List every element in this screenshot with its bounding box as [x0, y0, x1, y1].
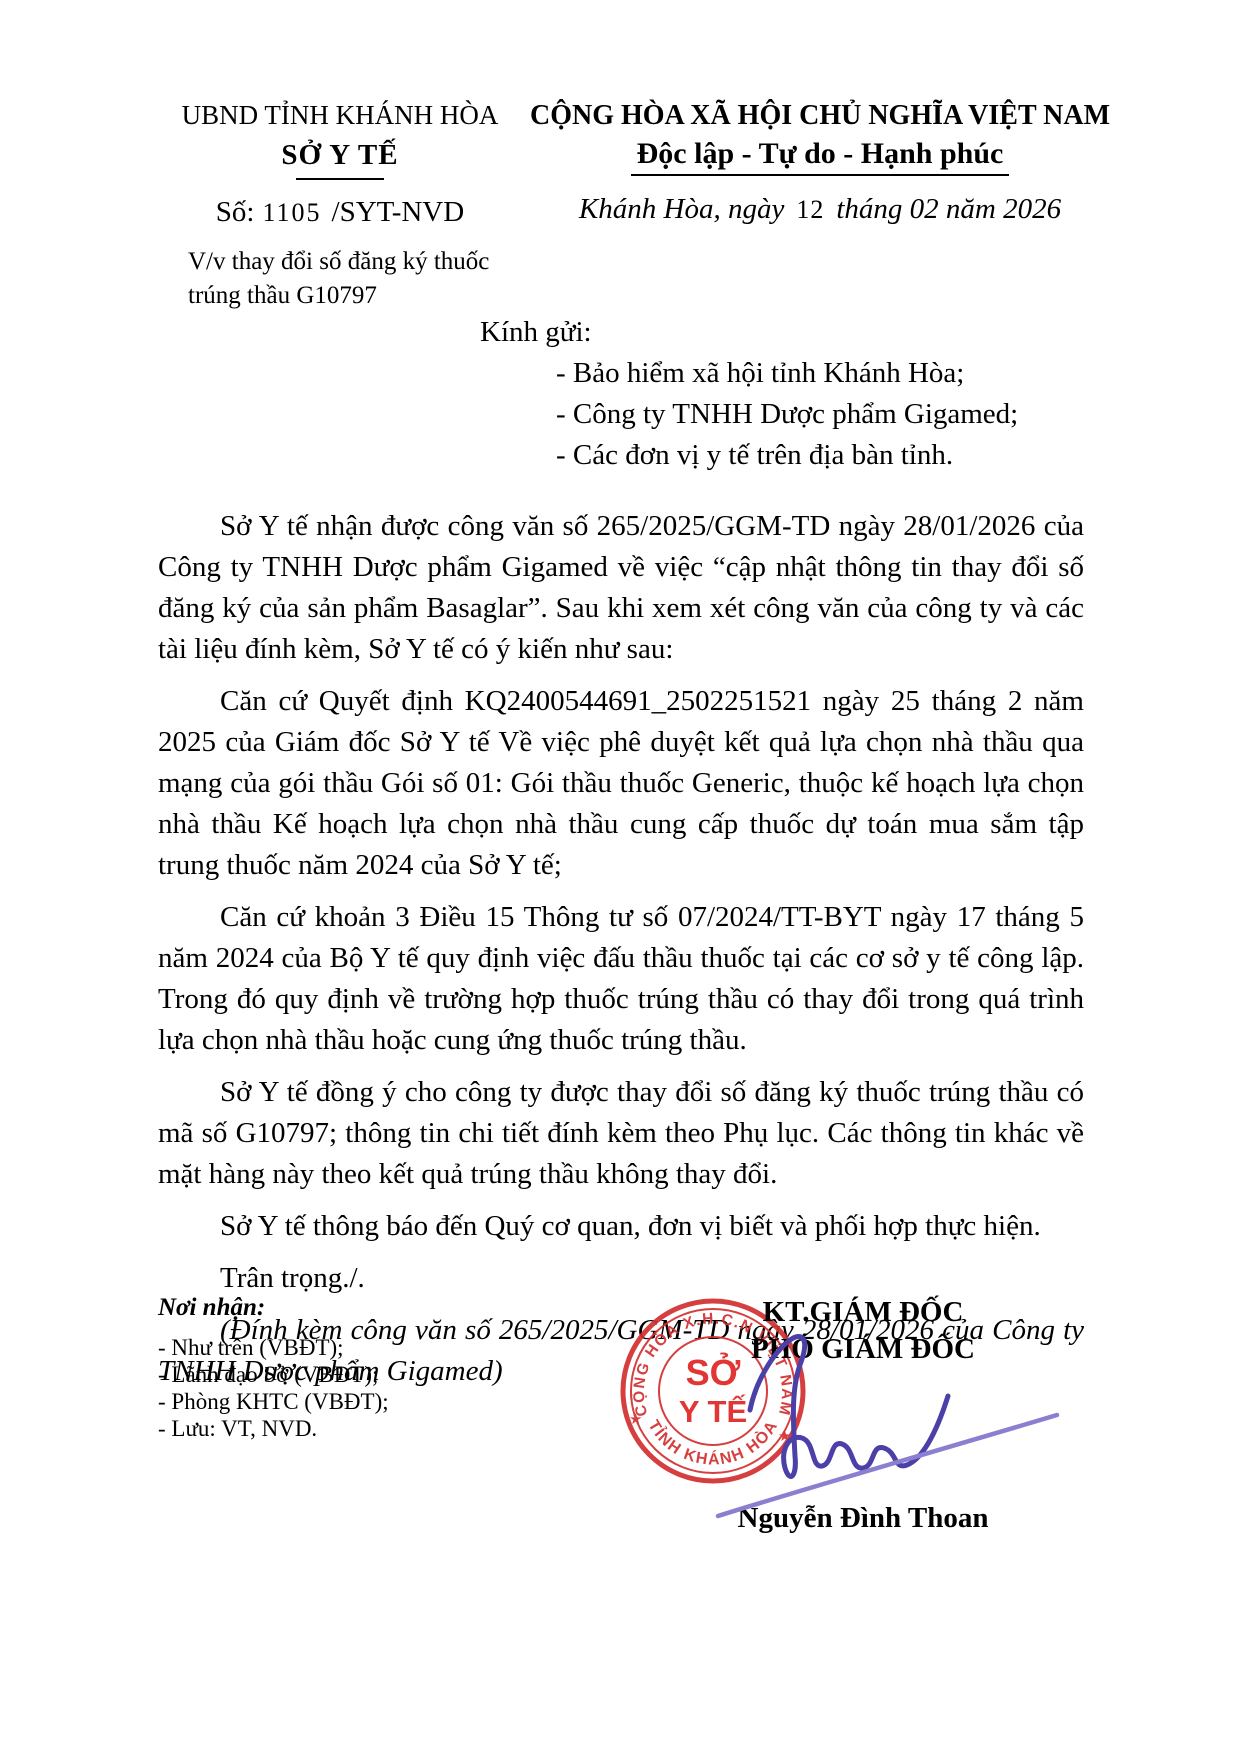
document-number-line: Số:1105/SYT-NVD	[140, 196, 540, 229]
paragraph-legal-basis-1: Căn cứ Quyết định KQ2400544691_250225152…	[158, 681, 1084, 886]
body-paragraphs: Sở Y tế nhận được công văn số 265/2025/G…	[158, 506, 1084, 1392]
doc-number-value: 1105	[262, 198, 321, 227]
distribution-item: - Lãnh đạo Sở (VBĐT);	[158, 1361, 389, 1388]
issuing-authority-name: SỞ Y TẾ	[140, 139, 540, 172]
distribution-label: Nơi nhận:	[158, 1294, 389, 1322]
distribution-item: - Như trên (VBĐT);	[158, 1334, 389, 1361]
signature-tail-stroke	[718, 1415, 1057, 1516]
document-subject: V/v thay đổi số đăng ký thuốc trúng thầu…	[188, 245, 518, 313]
official-letter-page: UBND TỈNH KHÁNH HÒA SỞ Y TẾ Số:1105/SYT-…	[0, 0, 1241, 1754]
national-title: CỘNG HÒA XÃ HỘI CHỦ NGHĨA VIỆT NAM	[520, 100, 1120, 132]
place-and-date-line: Khánh Hòa, ngày12tháng 02 năm 2026	[520, 193, 1120, 226]
issuing-authority-parent: UBND TỈNH KHÁNH HÒA	[140, 100, 540, 131]
place-date-prefix: Khánh Hòa, ngày	[579, 193, 784, 225]
paragraph-notification: Sở Y tế thông báo đến Quý cơ quan, đơn v…	[158, 1206, 1084, 1247]
paragraph-legal-basis-2: Căn cứ khoản 3 Điều 15 Thông tư số 07/20…	[158, 897, 1084, 1061]
distribution-list: - Như trên (VBĐT); - Lãnh đạo Sở (VBĐT);…	[158, 1334, 389, 1442]
national-motto: Độc lập - Tự do - Hạnh phúc	[631, 137, 1010, 176]
distribution-item: - Phòng KHTC (VBĐT);	[158, 1388, 389, 1415]
paragraph-closing: Trân trọng./.	[158, 1258, 1084, 1299]
letter-body: Kính gửi: - Bảo hiểm xã hội tỉnh Khánh H…	[158, 312, 1084, 1392]
salutation-label: Kính gửi:	[158, 312, 1084, 353]
doc-number-suffix: /SYT-NVD	[332, 196, 465, 228]
header-left-column: UBND TỈNH KHÁNH HÒA SỞ Y TẾ Số:1105/SYT-…	[140, 100, 540, 313]
recipient-line: - Bảo hiểm xã hội tỉnh Khánh Hòa;	[556, 353, 1084, 394]
recipient-line: - Công ty TNHH Dược phẩm Gigamed;	[556, 394, 1084, 435]
handwritten-signature	[690, 1318, 1090, 1533]
subject-line-2: trúng thầu G10797	[188, 282, 377, 309]
distribution-block: Nơi nhận: - Như trên (VBĐT); - Lãnh đạo …	[158, 1294, 389, 1442]
place-date-suffix: tháng 02 năm 2026	[836, 193, 1061, 225]
salutation-recipients: - Bảo hiểm xã hội tỉnh Khánh Hòa; - Công…	[158, 353, 1084, 476]
doc-number-label: Số:	[216, 196, 255, 228]
paragraph-decision: Sở Y tế đồng ý cho công ty được thay đổi…	[158, 1072, 1084, 1195]
header-right-column: CỘNG HÒA XÃ HỘI CHỦ NGHĨA VIỆT NAM Độc l…	[520, 100, 1120, 226]
paragraph-intro: Sở Y tế nhận được công văn số 265/2025/G…	[158, 506, 1084, 670]
recipient-line: - Các đơn vị y tế trên địa bàn tỉnh.	[556, 435, 1084, 476]
stamp-star-left: ★	[629, 1412, 642, 1428]
distribution-item: - Lưu: VT, NVD.	[158, 1415, 389, 1442]
subject-line-1: V/v thay đổi số đăng ký thuốc	[188, 248, 489, 275]
date-day-value: 12	[796, 195, 824, 224]
org-name-underline	[296, 178, 384, 180]
